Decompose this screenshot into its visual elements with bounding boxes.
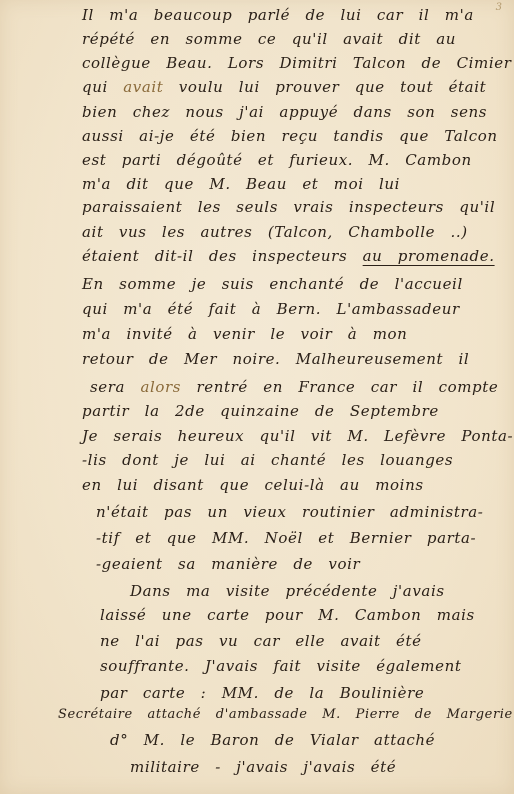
text-line: Il m'a beaucoup parlé de lui car il m'a — [82, 6, 474, 24]
text-line: d° M. le Baron de Vialar attaché — [110, 731, 435, 749]
text-line: laissé une carte pour M. Cambon mais — [100, 606, 475, 624]
text-line: en lui disant que celui-là au moins — [82, 476, 424, 494]
text-line: n'était pas un vieux routinier administr… — [96, 503, 483, 521]
text-line: ait vus les autres (Talcon, Chambolle ..… — [82, 223, 468, 241]
text-line: retour de Mer noire. Malheureusement il — [82, 350, 469, 368]
text-line: par carte : MM. de la Boulinière — [100, 684, 424, 702]
text-line: qui avait voulu lui prouver que tout éta… — [82, 78, 486, 96]
page-number: 3 — [496, 2, 502, 13]
text-line: m'a dit que M. Beau et moi lui — [82, 175, 400, 193]
text-line: étaient dit-il des inspecteurs au promen… — [82, 247, 495, 265]
underlined-phrase: au promenade. — [363, 247, 495, 265]
text-line: -geaient sa manière de voir — [96, 555, 360, 573]
text-line: collègue Beau. Lors Dimitri Talcon de Ci… — [82, 54, 512, 72]
text-line: est parti dégoûté et furieux. M. Cambon — [82, 151, 472, 169]
text-line: souffrante. J'avais fait visite égalemen… — [100, 657, 461, 675]
text-line: En somme je suis enchanté de l'accueil — [82, 275, 463, 293]
text-line: paraissaient les seuls vrais inspecteurs… — [82, 198, 495, 216]
text-line: militaire - j'avais j'avais été — [130, 758, 396, 776]
text-line: partir la 2de quinzaine de Septembre — [82, 402, 439, 420]
text-line: Je serais heureux qu'il vit M. Lefèvre P… — [82, 427, 513, 445]
text-line: -tif et que MM. Noël et Bernier parta- — [96, 529, 476, 547]
text-line: ne l'ai pas vu car elle avait été — [100, 632, 422, 650]
text-line: qui m'a été fait à Bern. L'ambassadeur — [82, 300, 460, 318]
text-line: Secrétaire attaché d'ambassade M. Pierre… — [58, 707, 513, 722]
text-line: aussi ai-je été bien reçu tandis que Tal… — [82, 127, 498, 145]
text-line: sera alors rentré en France car il compt… — [90, 378, 498, 396]
text-line: Dans ma visite précédente j'avais — [130, 582, 445, 600]
text-line: m'a invité à venir le voir à mon — [82, 325, 407, 343]
text-line: bien chez nous j'ai appuyé dans son sens — [82, 103, 487, 121]
faded-word: alors — [140, 378, 181, 396]
text-line: répété en somme ce qu'il avait dit au — [82, 30, 456, 48]
faded-word: avait — [123, 78, 163, 96]
text-line: -lis dont je lui ai chanté les louanges — [82, 451, 453, 469]
